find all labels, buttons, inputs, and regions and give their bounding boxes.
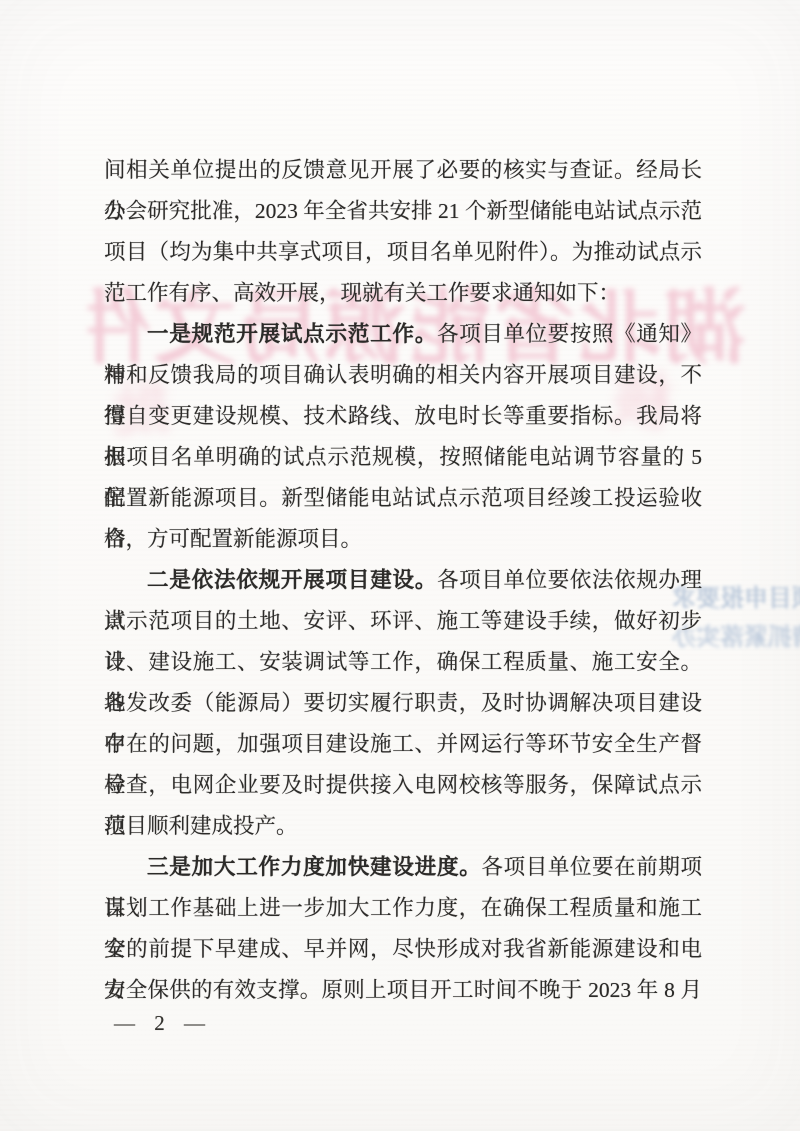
- text-line: 神和反馈我局的项目确认表明确的相关内容开展项目建设，不得: [104, 355, 702, 396]
- paragraph: 间相关单位提出的反馈意见开展了必要的核实与查证。经局长办公会研究批准，2023 …: [104, 150, 702, 314]
- text-line: 擅自变更建设规模、技术路线、放电时长等重要指标。我局将根: [104, 396, 702, 437]
- paragraph: 三是加大工作力度加快建设进度。各项目单位要在前期项目谋划工作基础上进一步加大工作…: [104, 847, 702, 1011]
- text-line: 三是加大工作力度加快建设进度。各项目单位要在前期项目: [104, 847, 702, 888]
- text-line: 点示范项目的土地、安评、环评、施工等建设手续，做好初步设: [104, 601, 702, 642]
- paragraph-lead: 二是依法依规开展项目建设。: [147, 568, 437, 592]
- paragraph: 二是依法依规开展项目建设。各项目单位要依法依规办理试点示范项目的土地、安评、环评…: [104, 560, 702, 847]
- text-line: 全的前提下早建成、早并网，尽快形成对我省新能源建设和电力: [104, 929, 702, 970]
- text-line: 据项目名单明确的试点示范规模，按照储能电站调节容量的 5 倍: [104, 437, 702, 478]
- paragraph-lead: 三是加大工作力度加快建设进度。: [147, 855, 482, 879]
- text-line: 公会研究批准，2023 年全省共安排 21 个新型储能电站试点示范: [104, 191, 702, 232]
- text-line: 计、建设施工、安装调试等工作，确保工程质量、施工安全。各: [104, 642, 702, 683]
- text-line: 配置新能源项目。新型储能电站试点示范项目经竣工投运验收合: [104, 478, 702, 519]
- text-line: 谋划工作基础上进一步加大工作力度，在确保工程质量和施工安: [104, 888, 702, 929]
- text-line: 一是规范开展试点示范工作。各项目单位要按照《通知》精: [104, 314, 702, 355]
- scanned-document-page: 湖北省能源局文件 批 核 项目申报要求 请抓紧落实办 间相关单位提出的反馈意见开…: [0, 0, 800, 1131]
- text-line: 地发改委（能源局）要切实履行职责，及时协调解决项目建设中: [104, 683, 702, 724]
- text-line: 项目（均为集中共享式项目，项目名单见附件）。为推动试点示: [104, 232, 702, 273]
- document-body: 间相关单位提出的反馈意见开展了必要的核实与查证。经局长办公会研究批准，2023 …: [104, 150, 702, 1011]
- paragraph-lead: 一是规范开展试点示范工作。: [147, 322, 437, 346]
- paragraph: 一是规范开展试点示范工作。各项目单位要按照《通知》精神和反馈我局的项目确认表明确…: [104, 314, 702, 560]
- text-line: 二是依法依规开展项目建设。各项目单位要依法依规办理试: [104, 560, 702, 601]
- page-number: — 2 —: [114, 1008, 212, 1038]
- text-line: 范工作有序、高效开展，现就有关工作要求通知如下：: [104, 273, 702, 314]
- text-line: 安全保供的有效支撑。原则上项目开工时间不晚于 2023 年 8 月: [104, 970, 702, 1011]
- text-line: 项目顺利建成投产。: [104, 806, 702, 847]
- text-line: 格，方可配置新能源项目。: [104, 519, 702, 560]
- text-line: 检查，电网企业要及时提供接入电网校核等服务，保障试点示范: [104, 765, 702, 806]
- text-line: 间相关单位提出的反馈意见开展了必要的核实与查证。经局长办: [104, 150, 702, 191]
- text-line: 存在的问题，加强项目建设施工、并网运行等环节安全生产督导: [104, 724, 702, 765]
